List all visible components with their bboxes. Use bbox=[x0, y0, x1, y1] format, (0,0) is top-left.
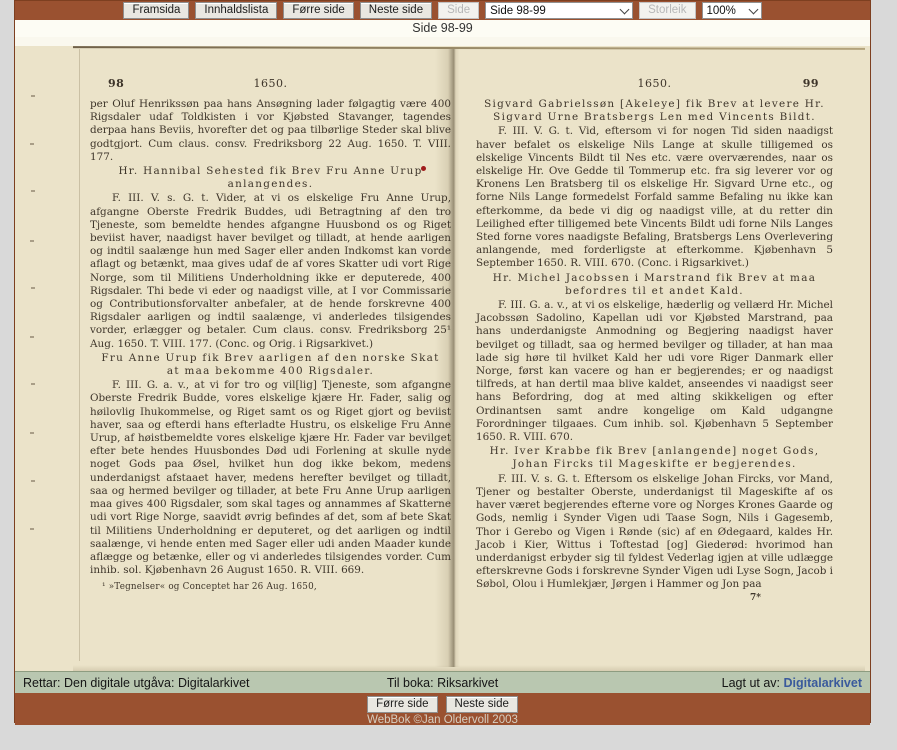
bottom-bar: Førre side Neste side WebBok ©Jan Olderv… bbox=[15, 693, 870, 725]
bottom-nav-buttons: Førre side Neste side bbox=[15, 693, 870, 713]
innhaldslista-button[interactable]: Innhaldslista bbox=[195, 2, 277, 19]
right-page-header: 1650. 99 bbox=[476, 77, 833, 93]
page-select[interactable]: Side 98-99 bbox=[485, 2, 633, 19]
page-text-body: F. III. G. a. v., at vi os elskelige, hæ… bbox=[476, 299, 833, 444]
neste-side-button-top[interactable]: Neste side bbox=[360, 2, 432, 19]
left-page-year: 1650. bbox=[90, 77, 451, 90]
credits-rettar: Rettar: Den digitale utgåva: Digitalarki… bbox=[23, 676, 303, 690]
scan-speck bbox=[30, 240, 34, 242]
page-text-heading: Hr. Iver Krabbe fik Brev [anlangende] no… bbox=[484, 445, 825, 471]
book-bottom-edge bbox=[73, 665, 865, 671]
right-page-blocks: Sigvard Gabrielssøn [Akeleye] fik Brev a… bbox=[476, 98, 833, 592]
digitalarkivet-link[interactable]: Digitalarkivet bbox=[784, 676, 863, 690]
framsida-button[interactable]: Framsida bbox=[123, 2, 189, 19]
chevron-down-icon bbox=[748, 4, 758, 14]
right-page: 1650. 99 Sigvard Gabrielssøn [Akeleye] f… bbox=[476, 77, 833, 603]
credits-lagt-ut: Lagt ut av: Digitalarkivet bbox=[582, 676, 862, 690]
scan-speck bbox=[30, 432, 34, 434]
scan-speck bbox=[30, 143, 34, 145]
credits-lagt-ut-label: Lagt ut av: bbox=[722, 676, 784, 690]
signature-mark: 7* bbox=[476, 593, 833, 603]
side-label-button: Side bbox=[438, 2, 479, 19]
scan-speck bbox=[31, 287, 35, 289]
page-title: Side 98-99 bbox=[15, 20, 870, 37]
scan-speck bbox=[31, 480, 35, 482]
copyright-text: WebBok ©Jan Oldervoll 2003 bbox=[15, 714, 870, 726]
forre-side-button-bottom[interactable]: Førre side bbox=[367, 696, 437, 713]
book-top-edge bbox=[73, 46, 865, 50]
neste-side-button-bottom[interactable]: Neste side bbox=[446, 696, 518, 713]
zoom-select-value: 100% bbox=[707, 4, 736, 18]
left-page-number: 98 bbox=[108, 77, 124, 90]
page-text-body: F. III. V. G. t. Vid, eftersom vi for no… bbox=[476, 125, 833, 270]
scan-speck bbox=[31, 383, 35, 385]
page-text-body: per Oluf Henrikssøn paa hans Ansøgning l… bbox=[90, 98, 451, 164]
webbok-app-frame: Framsida Innhaldslista Førre side Neste … bbox=[14, 0, 871, 723]
storleik-label-button: Storleik bbox=[639, 2, 695, 19]
scan-speck bbox=[31, 95, 35, 97]
page-text-heading: Sigvard Gabrielssøn [Akeleye] fik Brev a… bbox=[484, 98, 825, 124]
top-toolbar: Framsida Innhaldslista Førre side Neste … bbox=[15, 1, 870, 20]
right-page-number: 99 bbox=[803, 77, 819, 90]
page-text-body: F. III. V. s. G. t. Eftersom os elskelig… bbox=[476, 473, 833, 592]
scan-top-margin bbox=[15, 37, 870, 46]
scan-speck bbox=[31, 190, 35, 192]
page-text-heading: Fru Anne Urup fik Brev aarligen af den n… bbox=[98, 352, 443, 378]
chevron-down-icon bbox=[620, 4, 630, 14]
page-text-footnote: ¹ »Tegnelser« og Conceptet har 26 Aug. 1… bbox=[90, 582, 451, 593]
page-text-body: F. III. V. s. G. t. Vider, at vi os elsk… bbox=[90, 192, 451, 350]
right-page-year: 1650. bbox=[476, 77, 833, 90]
book-scan-image: 98 1650. per Oluf Henrikssøn paa hans An… bbox=[15, 37, 870, 671]
page-select-value: Side 98-99 bbox=[490, 4, 546, 18]
left-page: 98 1650. per Oluf Henrikssøn paa hans An… bbox=[90, 77, 451, 593]
forre-side-button-top[interactable]: Førre side bbox=[283, 2, 353, 19]
credits-bar: Rettar: Den digitale utgåva: Digitalarki… bbox=[15, 671, 870, 693]
left-page-edge bbox=[79, 49, 80, 661]
page-text-heading: Hr. Michel Jacobssen i Marstrand fik Bre… bbox=[484, 272, 825, 298]
zoom-select[interactable]: 100% bbox=[702, 2, 762, 19]
scan-speck bbox=[30, 336, 34, 338]
page-text-heading: Hr. Hannibal Sehested fik Brev Fru Anne … bbox=[98, 165, 443, 191]
left-page-header: 98 1650. bbox=[90, 77, 451, 93]
credits-til-boka: Til boka: Riksarkivet bbox=[303, 676, 583, 690]
scan-speck bbox=[30, 528, 34, 530]
left-page-blocks: per Oluf Henrikssøn paa hans Ansøgning l… bbox=[90, 98, 451, 593]
browser-page: { "toolbar": { "framsida": "Framsida", "… bbox=[0, 0, 897, 750]
page-text-body: F. III. G. a. v., at vi for tro og vil[l… bbox=[90, 379, 451, 577]
